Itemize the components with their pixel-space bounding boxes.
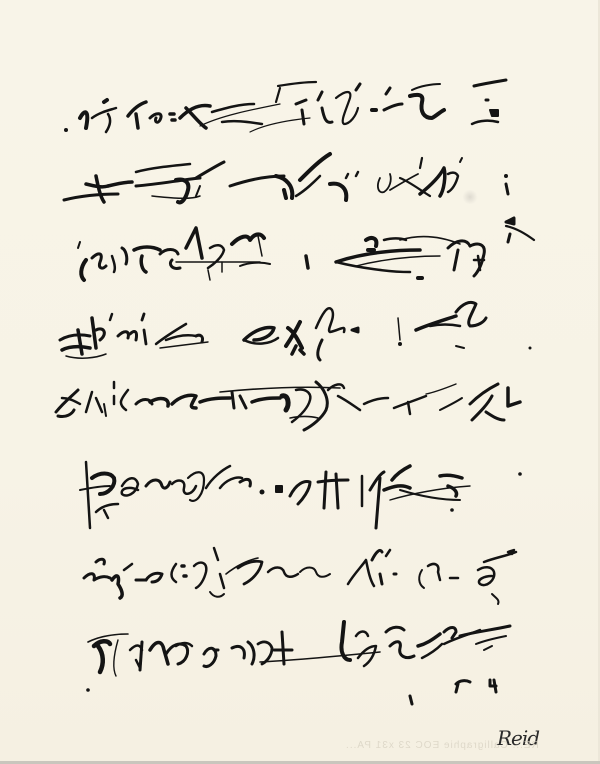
paper-sheet: Reid RE... Calligraphie EOC 23 x31 PA... [0, 0, 600, 764]
calligraphy-line-7 [84, 548, 516, 604]
calligraphy-strokes [0, 0, 600, 764]
calligraphy-line-8 [86, 622, 510, 704]
bleed-through-text: RE... Calligraphie EOC 23 x31 PA... [345, 740, 539, 751]
calligraphy-line-3 [78, 218, 534, 280]
calligraphy-line-5 [56, 382, 520, 430]
calligraphy-line-4 [60, 302, 532, 360]
calligraphy-line-6 [80, 462, 522, 528]
calligraphy-line-1 [64, 80, 506, 132]
calligraphy-line-2 [64, 154, 508, 202]
